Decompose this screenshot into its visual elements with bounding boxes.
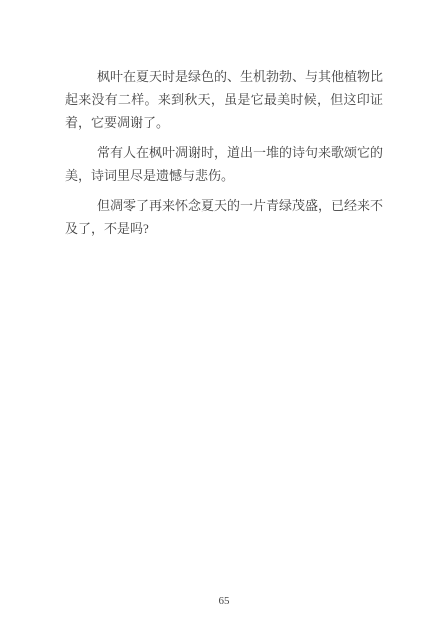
page-number: 65 <box>0 595 448 607</box>
paragraph-2: 常有人在枫叶凋谢时，道出一堆的诗句来歌颂它的美，诗词里尽是遗憾与悲伤。 <box>65 141 383 187</box>
paragraph-1: 枫叶在夏天时是绿色的、生机勃勃、与其他植物比起来没有二样。来到秋天，虽是它最美时… <box>65 65 383 134</box>
paragraph-3: 但凋零了再来怀念夏天的一片青绿茂盛，已经来不及了，不是吗? <box>65 194 383 240</box>
page-body-text: 枫叶在夏天时是绿色的、生机勃勃、与其他植物比起来没有二样。来到秋天，虽是它最美时… <box>65 65 383 247</box>
document-page: 枫叶在夏天时是绿色的、生机勃勃、与其他植物比起来没有二样。来到秋天，虽是它最美时… <box>0 0 448 640</box>
